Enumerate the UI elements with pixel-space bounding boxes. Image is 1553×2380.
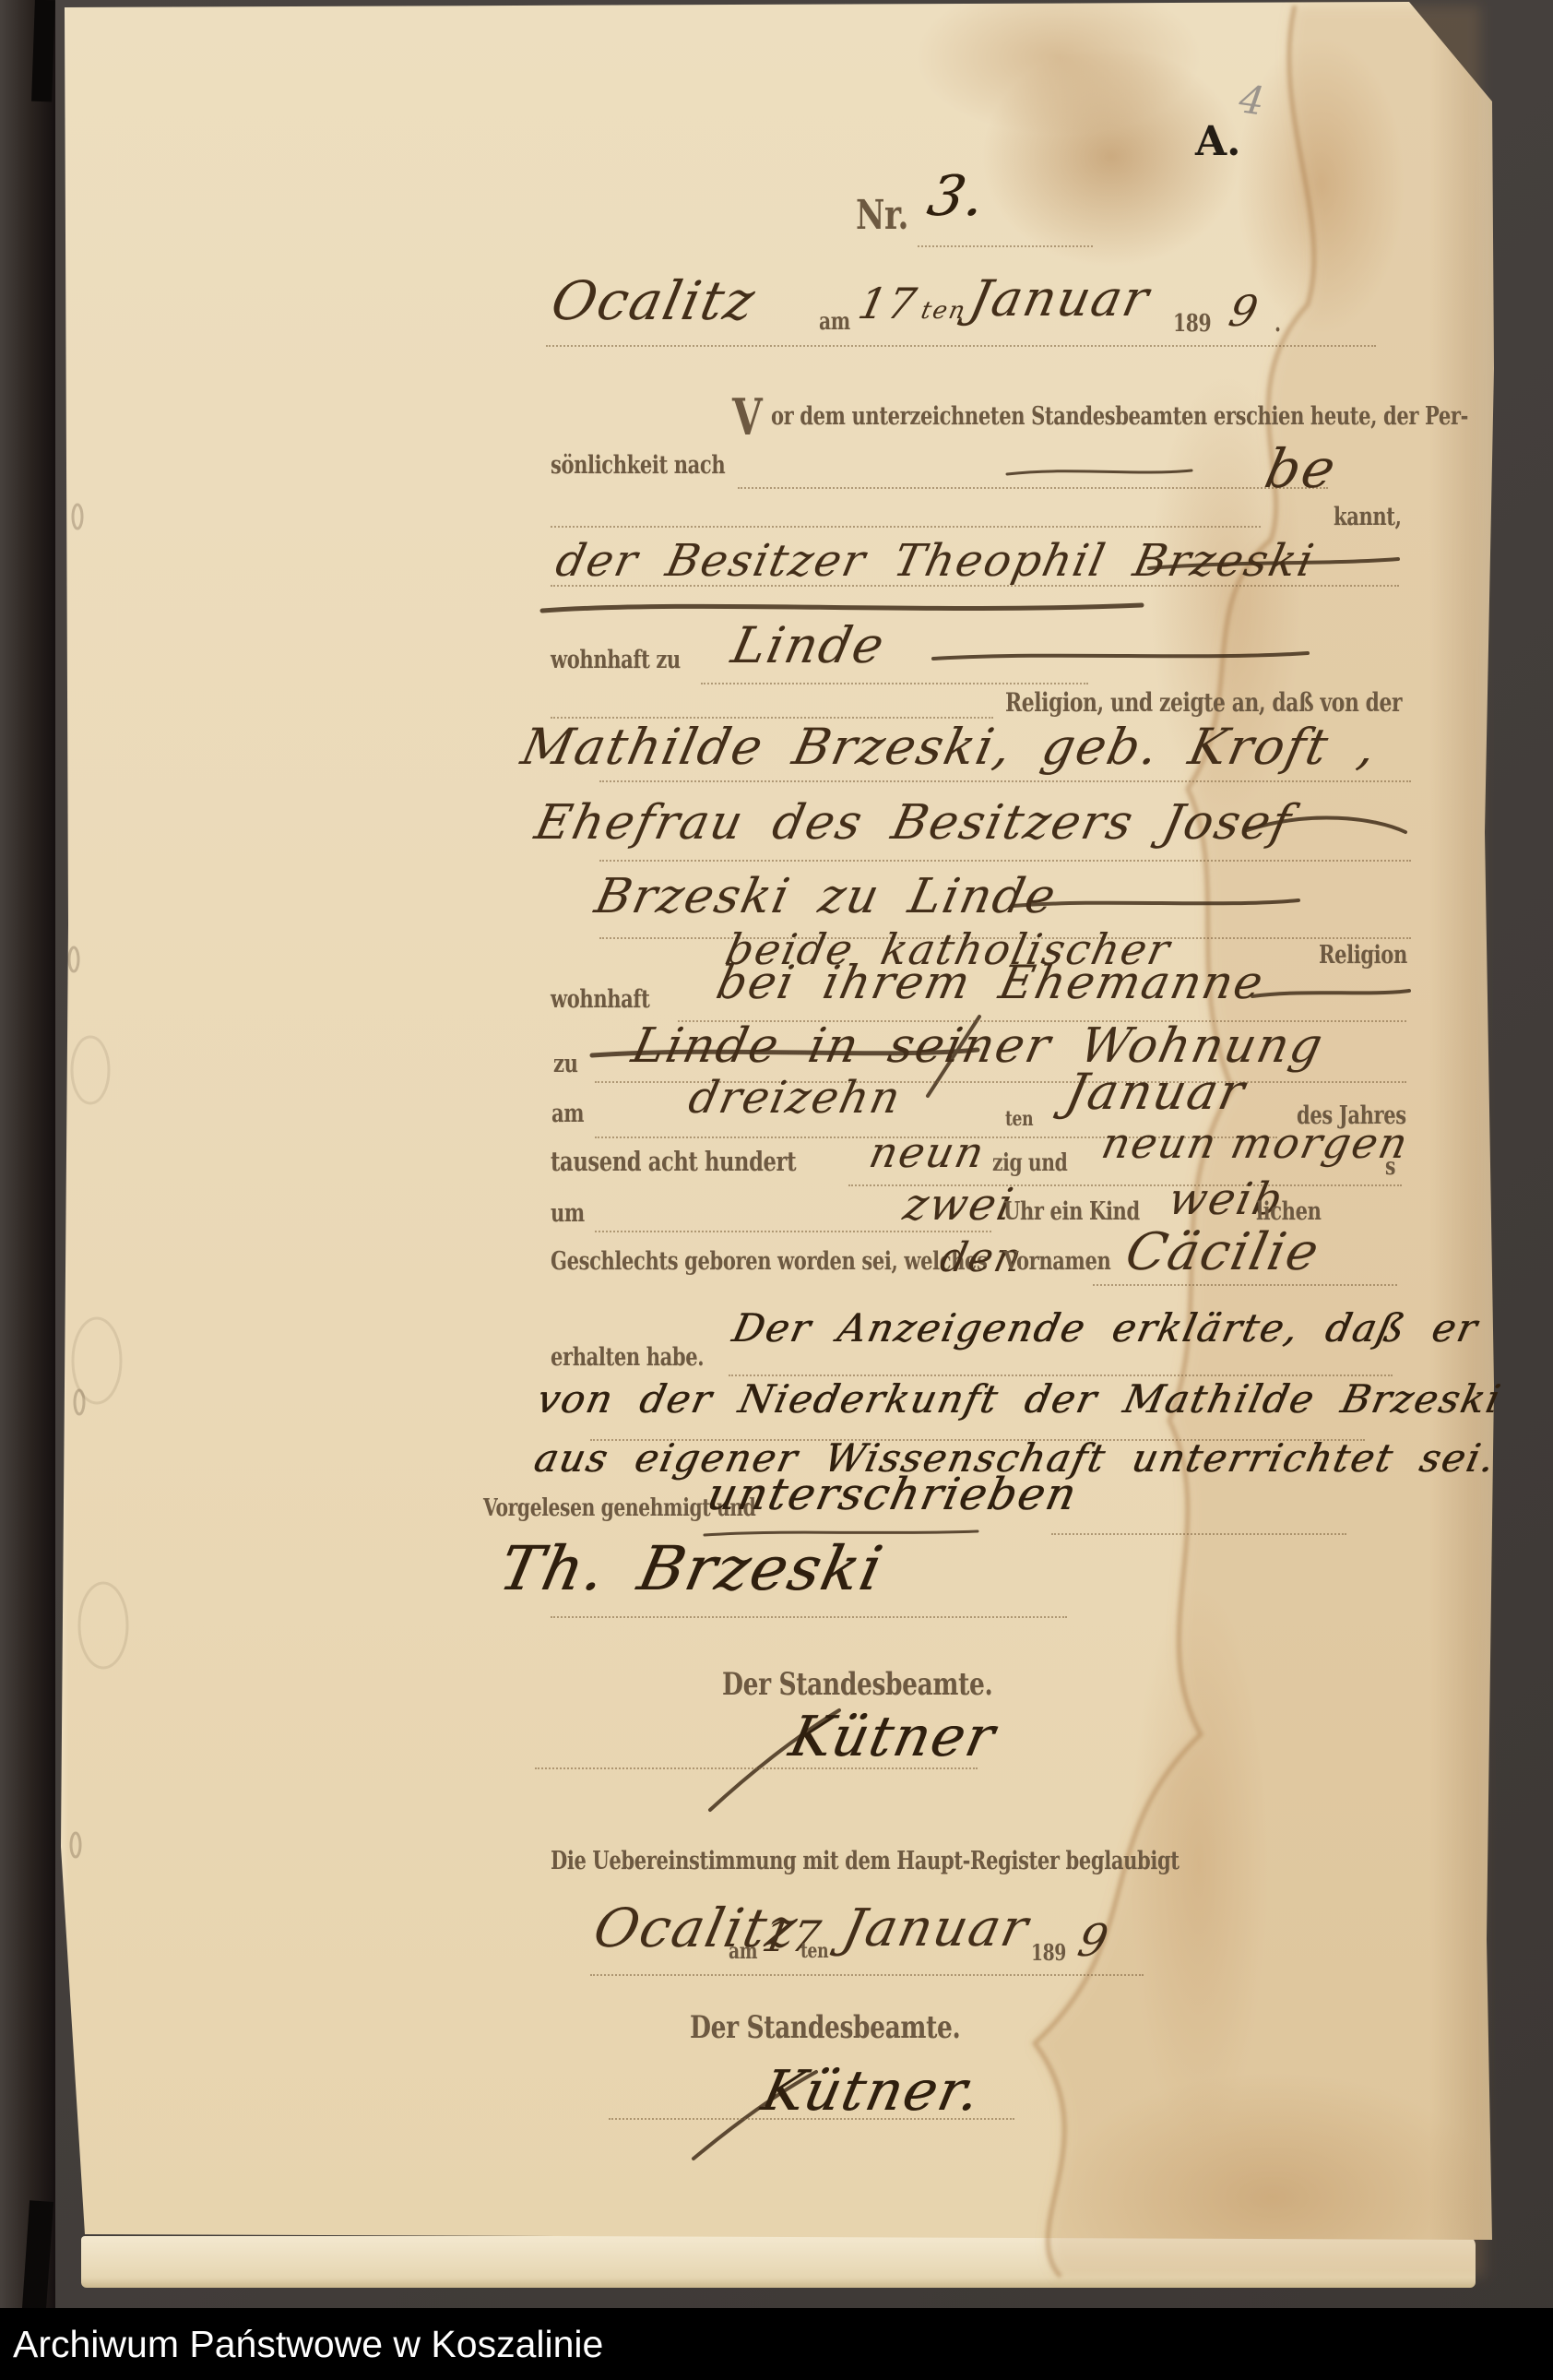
- uhr-ein-kind-label: Uhr ein Kind: [1003, 1197, 1140, 1226]
- birth-month-handwritten: Januar: [1061, 1063, 1251, 1121]
- dotted-rule: [595, 1231, 991, 1232]
- mother-residence-line: Brzeski zu Linde: [590, 869, 1061, 924]
- dotted-rule: [551, 585, 1399, 587]
- dotted-rule: [599, 780, 1411, 782]
- tausend-label: tausend acht hundert: [551, 1146, 796, 1177]
- dotted-rule: [1093, 1284, 1397, 1286]
- zu-label: zu: [553, 1050, 577, 1078]
- letter-a-stamp: A.: [1195, 118, 1240, 165]
- book-spine: [0, 0, 55, 2308]
- vornamen-label: Vornamen: [1003, 1247, 1110, 1276]
- registrar-title-2: Der Standesbeamte.: [690, 2009, 960, 2046]
- unterschrieben-handwritten: unterschrieben: [703, 1469, 1083, 1520]
- s-suffix: s: [1385, 1153, 1395, 1181]
- bookmark-ribbon-top: [31, 0, 55, 101]
- dotted-rule: [738, 487, 1328, 489]
- mother-spouse-line: Ehefrau des Besitzers Josef: [530, 795, 1298, 851]
- ten-suffix: ten: [919, 297, 969, 325]
- dotted-rule: [701, 683, 1088, 684]
- day-number: 17: [854, 279, 922, 328]
- wohnhaft-zu-label: wohnhaft zu: [551, 646, 681, 674]
- certification-year-printed: 189: [1031, 1939, 1066, 1966]
- period: .: [1274, 310, 1281, 338]
- religion-zeigte-line: Religion, und zeigte an, daß von der: [1005, 687, 1402, 718]
- zig-und-label: zig und: [992, 1149, 1067, 1177]
- year-decade-handwritten: neun: [865, 1127, 990, 1177]
- mother-wohnhaft-handwritten: bei ihrem Ehemanne: [712, 956, 1269, 1009]
- registrar-signature: Kütner: [784, 1705, 1002, 1769]
- kannt-printed: kannt,: [1334, 503, 1402, 531]
- scanned-register-page: 4 A. Nr. 3. Ocalitz am 17 ten Januar 189…: [0, 0, 1553, 2380]
- dotted-rule: [546, 345, 1376, 347]
- place-name: Ocalitz: [546, 269, 762, 332]
- child-first-name: Cäcilie: [1120, 1222, 1325, 1282]
- certification-month: Januar: [837, 1898, 1035, 1958]
- attestation-line-2: von der Niederkunft der Mathilde Brzeski: [533, 1376, 1506, 1422]
- declarant-signature: Th. Brzeski: [493, 1533, 890, 1604]
- registrar-title: Der Standesbeamte.: [722, 1666, 992, 1703]
- am-label-3: am: [729, 1937, 757, 1964]
- archive-name: Archiwum Państwowe w Koszalinie: [13, 2323, 603, 2366]
- mother-name-line: Mathilde Brzeski, geb. Kroft ,: [516, 718, 1383, 776]
- dotted-rule: [551, 526, 1261, 528]
- birth-day-handwritten: dreizehn: [684, 1072, 907, 1124]
- intro-line-2: sönlichkeit nach: [551, 451, 725, 480]
- erhalten-label: erhalten habe.: [551, 1343, 704, 1372]
- nr-label: Nr.: [856, 192, 908, 239]
- dotted-rule: [535, 1767, 978, 1769]
- archive-caption-bar: Archiwum Państwowe w Koszalinie: [0, 2308, 1553, 2380]
- dotted-rule: [918, 245, 1093, 247]
- registrar-signature-2: Kütner.: [756, 2059, 987, 2124]
- declarant-name: der Besitzer Theophil Brzeski: [551, 535, 1320, 587]
- wohnhaft-label: wohnhaft: [551, 985, 649, 1014]
- am-label: am: [819, 308, 850, 336]
- month-name: Januar: [965, 269, 1156, 327]
- be-handwritten: be: [1260, 437, 1343, 500]
- um-label: um: [551, 1199, 585, 1228]
- attestation-line-1: Der Anzeigende erklärte, daß er: [729, 1305, 1483, 1351]
- declarant-residence: Linde: [727, 616, 891, 674]
- intro-line-1: or dem unterzeichneten Standesbeamten er…: [771, 402, 1468, 431]
- year-unit-handwritten: neun: [1097, 1118, 1223, 1168]
- geschlechts-line: Geschlechts geboren worden sei, welches: [551, 1247, 988, 1276]
- religion-label: Religion: [1319, 941, 1407, 970]
- dotted-rule: [609, 2118, 1014, 2120]
- certification-line: Die Uebereinstimmung mit dem Haupt-Regis…: [551, 1847, 1180, 1875]
- dotted-rule: [590, 1974, 1144, 1976]
- underlying-page-edge: [81, 2236, 1476, 2288]
- ten-suffix-3: ten: [800, 1939, 828, 1963]
- hour-handwritten: zwei: [899, 1179, 1019, 1231]
- dotted-rule: [599, 860, 1411, 862]
- drop-cap-v: V: [732, 387, 762, 446]
- dotted-rule: [1051, 1533, 1346, 1535]
- ten-suffix-2: ten: [1005, 1107, 1033, 1131]
- year-printed: 189: [1173, 310, 1211, 338]
- am-label-2: am: [551, 1100, 584, 1128]
- dotted-rule: [551, 1616, 1067, 1618]
